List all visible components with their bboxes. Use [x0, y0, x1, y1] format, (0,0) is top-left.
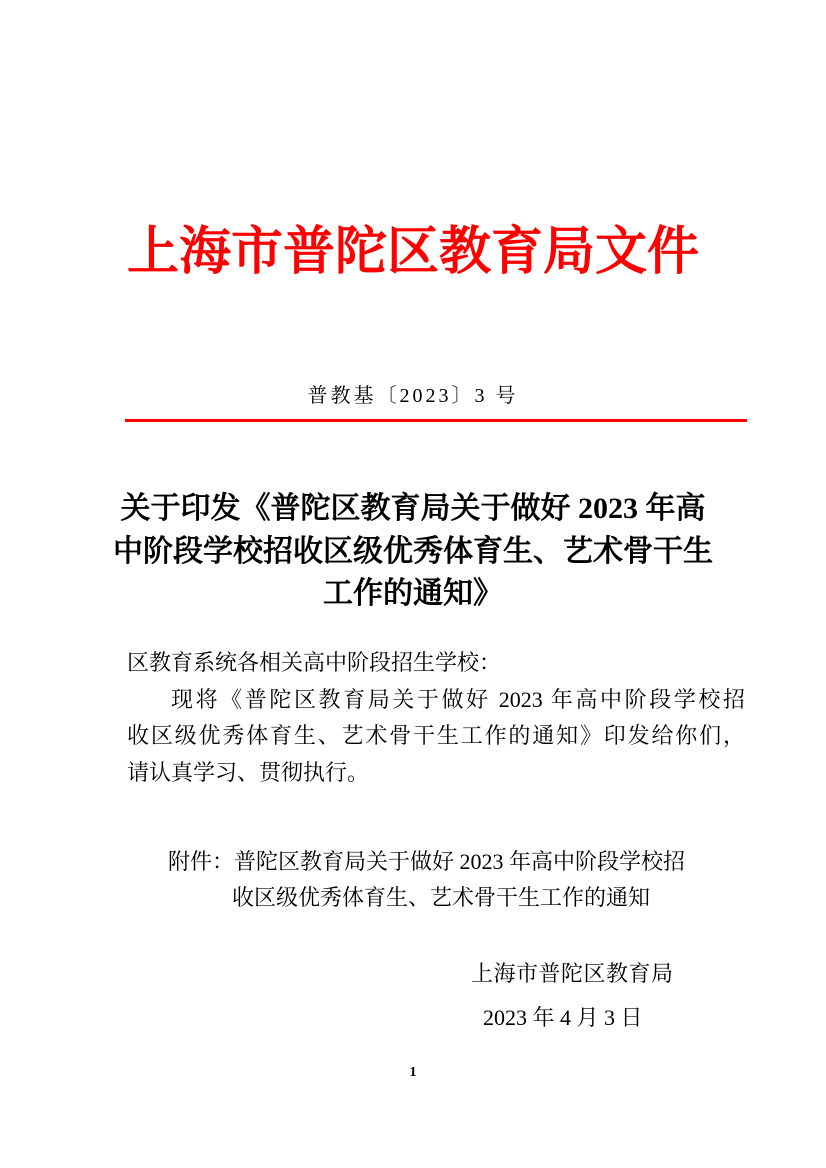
salutation-line: 区教育系统各相关高中阶段招生学校：	[127, 645, 745, 682]
attachment-line: 附件：普陀区教育局关于做好 2023 年高中阶段学校招	[127, 844, 745, 880]
document-title-line: 关于印发《普陀区教育局关于做好 2023 年高	[0, 488, 826, 531]
document-page: 上海市普陀区教育局文件 普教基〔2023〕3 号 关于印发《普陀区教育局关于做好…	[0, 0, 826, 1168]
red-divider-rule	[125, 419, 747, 422]
page-number: 1	[0, 1065, 826, 1081]
document-number: 普教基〔2023〕3 号	[0, 379, 826, 408]
agency-letterhead-title: 上海市普陀区教育局文件	[0, 220, 826, 286]
document-title-line: 工作的通知》	[0, 573, 826, 616]
document-title: 关于印发《普陀区教育局关于做好 2023 年高 中阶段学校招收区级优秀体育生、艺…	[0, 488, 826, 616]
document-title-line: 中阶段学校招收区级优秀体育生、艺术骨干生	[0, 531, 826, 574]
attachment-line: 收区级优秀体育生、艺术骨干生工作的通知	[127, 880, 745, 916]
body-paragraph-line: 现将《普陀区教育局关于做好 2023 年高中阶段学校招	[127, 682, 745, 719]
signature-date: 2023 年 4 月 3 日	[483, 1001, 643, 1032]
signature-organization: 上海市普陀区教育局	[471, 957, 674, 988]
attachment-section: 附件：普陀区教育局关于做好 2023 年高中阶段学校招 收区级优秀体育生、艺术骨…	[127, 844, 745, 915]
body-paragraph-line: 请认真学习、贯彻执行。	[127, 755, 745, 792]
body-text: 区教育系统各相关高中阶段招生学校： 现将《普陀区教育局关于做好 2023 年高中…	[127, 645, 745, 791]
body-paragraph-line: 收区级优秀体育生、艺术骨干生工作的通知》印发给你们，	[127, 718, 745, 755]
